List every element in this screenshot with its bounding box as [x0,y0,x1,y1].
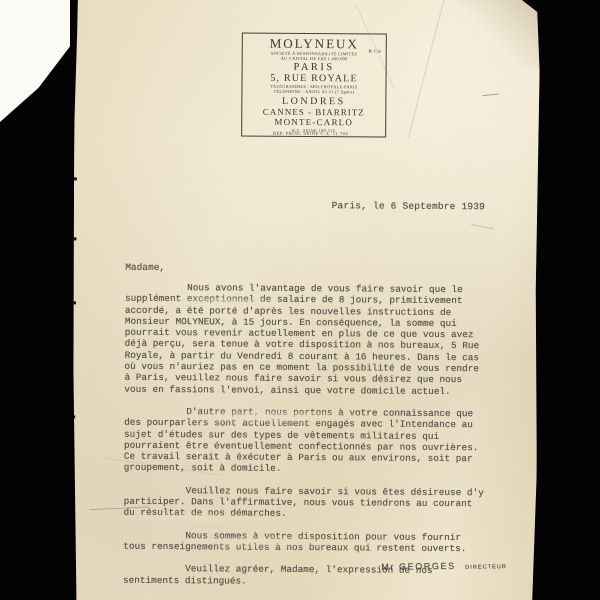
paragraph-salary: Nous avons l'avantage de vous faire savo… [124,282,487,397]
branch-cannes-biarritz: CANNES - BIARRITZ [244,107,383,118]
company-name: MOLYNEUX [245,37,384,52]
letter-photograph: MOLYNEUX & Cie SOCIÉTÉ À RESPONSABILITÉ … [0,0,600,600]
paragraph-intendance: D'autre part, nous portons à votre conna… [124,406,486,476]
rep-prod-line: REP. PROD. SEINE C.A. 11.766 [241,131,380,137]
letterhead-telephone: TÉLÉPHONE : ANJOU 02-21 (7 lignes) [244,89,383,95]
paragraph-participation: Veuillez nous faire savoir si vous êtes … [123,484,485,520]
pencil-mark [482,94,498,97]
director-stamp: Mr GEORGES DIRECTEUR [381,555,507,575]
branch-monte-carlo: MONTE-CARLO [244,117,383,128]
paragraph-bureaux: Nous sommes à votre disposition pour vou… [123,529,485,554]
signatory-title: DIRECTEUR [465,564,507,571]
edge-notch [72,237,76,240]
edge-notch [71,415,75,418]
corner-fold-shading [445,0,540,69]
company-suffix: & Cie [369,48,382,53]
legal-line-2: AU CAPITAL DE FRS 1.400.000 [245,56,384,62]
edge-notch [73,177,77,180]
letter-body: Nous avons l'avantage de vous faire savo… [123,282,487,599]
dateline: Paris, le 6 Septembre 1939 [332,200,486,212]
edge-notch [72,301,76,304]
pencil-mark [472,224,494,229]
backdrop-white-corner [0,0,70,122]
paper-crease [408,0,446,138]
signatory-name: Mr GEORGES [381,561,456,572]
letter-sheet: MOLYNEUX & Cie SOCIÉTÉ À RESPONSABILITÉ … [71,0,540,600]
salutation: Madame, [125,262,165,273]
letterhead: MOLYNEUX & Cie SOCIÉTÉ À RESPONSABILITÉ … [241,33,387,138]
